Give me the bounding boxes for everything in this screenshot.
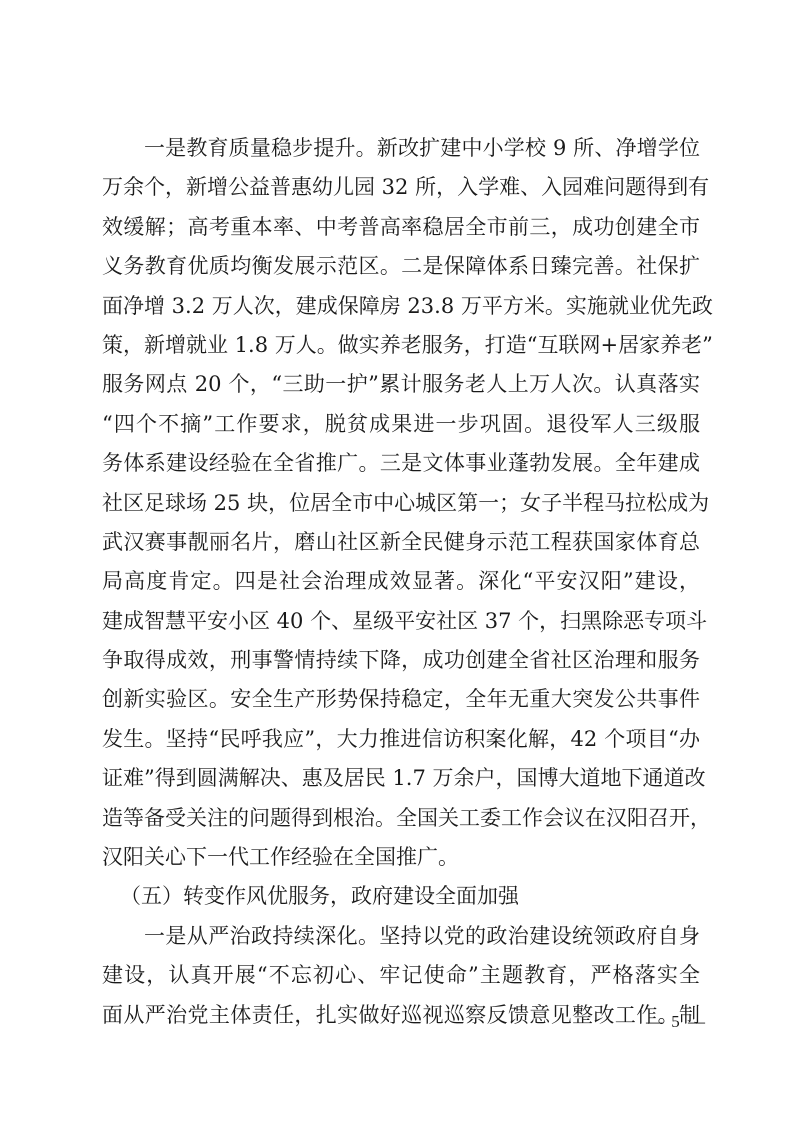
text-line: 面净增 3.2 万人次，建成保障房 23.8 万平方米。实施就业优先政 [102,287,700,326]
text-line: 一是从严治政持续深化。坚持以党的政治建设统领政府自身 [102,917,700,956]
text-line: 一是教育质量稳步提升。新改扩建中小学校 9 所、净增学位 [102,129,700,168]
text-line: 证难”得到圆满解决、惠及居民 1.7 万余户，国博大道地下通道改 [102,759,700,798]
text-line: 发生。坚持“民呼我应”，大力推进信访积案化解，42 个项目“办 [102,720,700,759]
text-line: 效缓解；高考重本率、中考普高率稳居全市前三，成功创建全市 [102,208,700,247]
text-line: 争取得成效，刑事警情持续下降，成功创建全省社区治理和服务 [102,641,700,680]
text-line: “四个不摘”工作要求，脱贫成果进一步巩固。退役军人三级服 [102,405,700,444]
text-line: 务体系建设经验在全省推广。三是文体事业蓬勃发展。全年建成 [102,444,700,483]
text-line: 建成智慧平安小区 40 个、星级平安社区 37 个，扫黑除恶专项斗 [102,602,700,641]
page-number: — 5 — [646,1012,707,1032]
text-line: 局高度肯定。四是社会治理成效显著。深化“平安汉阳”建设， [102,562,700,601]
text-line: 造等备受关注的问题得到根治。全国关工委工作会议在汉阳召开， [102,799,700,838]
text-line: 武汉赛事靓丽名片，磨山社区新全民健身示范工程获国家体育总 [102,523,700,562]
text-line: 建设，认真开展“不忘初心、牢记使命”主题教育，严格落实全 [102,956,700,995]
document-page: 一是教育质量稳步提升。新改扩建中小学校 9 所、净增学位 万余个，新增公益普惠幼… [102,129,700,1035]
text-line: 义务教育优质均衡发展示范区。二是保障体系日臻完善。社保扩 [102,247,700,286]
text-line: 策，新增就业 1.8 万人。做实养老服务，打造“互联网+居家养老” [102,326,700,365]
text-line: 汉阳关心下一代工作经验在全国推广。 [102,838,700,877]
text-line: 万余个，新增公益普惠幼儿园 32 所，入学难、入园难问题得到有 [102,168,700,207]
section-heading: （五）转变作风优服务，政府建设全面加强 [102,877,700,916]
text-line: 社区足球场 25 块，位居全市中心城区第一；女子半程马拉松成为 [102,484,700,523]
paragraph-government-building: 一是从严治政持续深化。坚持以党的政治建设统领政府自身 建设，认真开展“不忘初心、… [102,917,700,1035]
paragraph-social-development: 一是教育质量稳步提升。新改扩建中小学校 9 所、净增学位 万余个，新增公益普惠幼… [102,129,700,877]
text-line: 服务网点 20 个，“三助一护”累计服务老人上万人次。认真落实 [102,365,700,404]
text-line: 创新实验区。安全生产形势保持稳定，全年无重大突发公共事件 [102,680,700,719]
text-line: 面从严治党主体责任，扎实做好巡视巡察反馈意见整改工作。制 [102,996,700,1035]
